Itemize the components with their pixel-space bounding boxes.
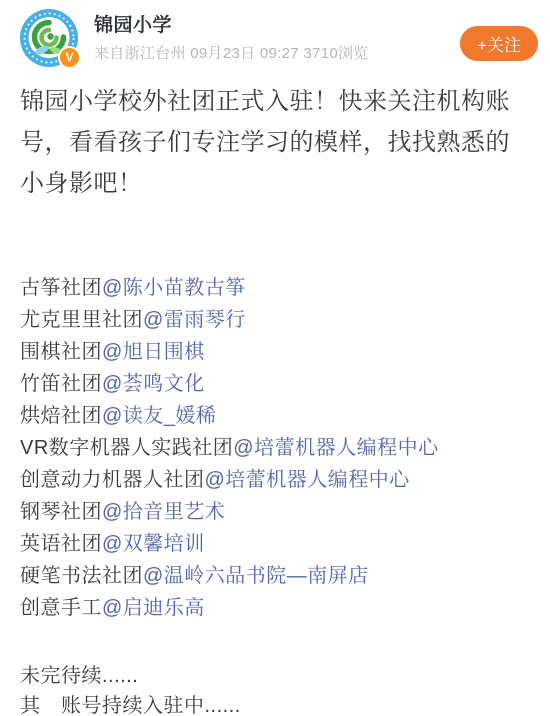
club-list-item: 竹笛社团@荟鸣文化 bbox=[20, 368, 530, 400]
user-info: 锦园小学 来自浙江台州 09月23日 09:27 3710浏览 bbox=[94, 9, 460, 63]
club-list-item: 创意动力机器人社团@培蕾机器人编程中心 bbox=[20, 464, 530, 496]
post-footer: 未完待续...... 其 账号持续入驻中...... bbox=[20, 661, 530, 716]
club-list-item: 硬笔书法社团@温岭六品书院—南屏店 bbox=[20, 560, 530, 592]
club-label: 围棋社团 bbox=[20, 341, 102, 363]
club-list-item: 英语社团@双馨培训 bbox=[20, 528, 530, 560]
club-label: VR数字机器人实践社团 bbox=[20, 437, 233, 459]
post-header: V 锦园小学 来自浙江台州 09月23日 09:27 3710浏览 +关注 bbox=[0, 0, 550, 67]
club-list-item: 烘焙社团@读友_媛稀 bbox=[20, 400, 530, 432]
club-mention-link[interactable]: @培蕾机器人编程中心 bbox=[233, 437, 438, 459]
post-intro-text: 锦园小学校外社团正式入驻！快来关注机构账号，看看孩子们专注学习的模样，找找熟悉的… bbox=[20, 81, 530, 204]
footer-line-2: 其 账号持续入驻中...... bbox=[20, 691, 530, 716]
follow-button[interactable]: +关注 bbox=[460, 26, 538, 61]
club-mention-link[interactable]: @温岭六品书院—南屏店 bbox=[143, 565, 369, 587]
club-label: 钢琴社团 bbox=[20, 501, 102, 523]
club-list: 古筝社团@陈小苗教古筝 尤克里里社团@雷雨琴行 围棋社团@旭日围棋 竹笛社团@荟… bbox=[20, 272, 530, 624]
club-label: 古筝社团 bbox=[20, 277, 102, 299]
club-label: 尤克里里社团 bbox=[20, 309, 143, 331]
club-mention-link[interactable]: @双馨培训 bbox=[102, 533, 205, 555]
club-label: 烘焙社团 bbox=[20, 405, 102, 427]
club-mention-link[interactable]: @荟鸣文化 bbox=[102, 373, 205, 395]
avatar[interactable]: V bbox=[20, 9, 78, 67]
club-mention-link[interactable]: @拾音里艺术 bbox=[102, 501, 225, 523]
club-mention-link[interactable]: @读友_媛稀 bbox=[102, 405, 216, 427]
club-list-item: 围棋社团@旭日围棋 bbox=[20, 336, 530, 368]
club-mention-link[interactable]: @雷雨琴行 bbox=[143, 309, 246, 331]
club-mention-link[interactable]: @陈小苗教古筝 bbox=[102, 277, 246, 299]
club-list-item: 钢琴社团@拾音里艺术 bbox=[20, 496, 530, 528]
username[interactable]: 锦园小学 bbox=[94, 14, 460, 38]
club-list-item: 古筝社团@陈小苗教古筝 bbox=[20, 272, 530, 304]
club-list-item: VR数字机器人实践社团@培蕾机器人编程中心 bbox=[20, 432, 530, 464]
post-page: V 锦园小学 来自浙江台州 09月23日 09:27 3710浏览 +关注 锦园… bbox=[0, 0, 550, 716]
club-mention-link[interactable]: @旭日围棋 bbox=[102, 341, 205, 363]
club-list-item: 创意手工@启迪乐高 bbox=[20, 592, 530, 624]
club-label: 硬笔书法社团 bbox=[20, 565, 143, 587]
club-label: 英语社团 bbox=[20, 533, 102, 555]
club-label: 创意动力机器人社团 bbox=[20, 469, 205, 491]
club-mention-link[interactable]: @启迪乐高 bbox=[102, 597, 205, 619]
club-label: 竹笛社团 bbox=[20, 373, 102, 395]
verified-badge-icon: V bbox=[58, 46, 81, 69]
post-meta: 来自浙江台州 09月23日 09:27 3710浏览 bbox=[94, 45, 460, 63]
club-list-item: 尤克里里社团@雷雨琴行 bbox=[20, 304, 530, 336]
footer-line-1: 未完待续...... bbox=[20, 661, 530, 691]
club-mention-link[interactable]: @培蕾机器人编程中心 bbox=[205, 469, 410, 491]
club-label: 创意手工 bbox=[20, 597, 102, 619]
post-content: 锦园小学校外社团正式入驻！快来关注机构账号，看看孩子们专注学习的模样，找找熟悉的… bbox=[0, 81, 550, 716]
